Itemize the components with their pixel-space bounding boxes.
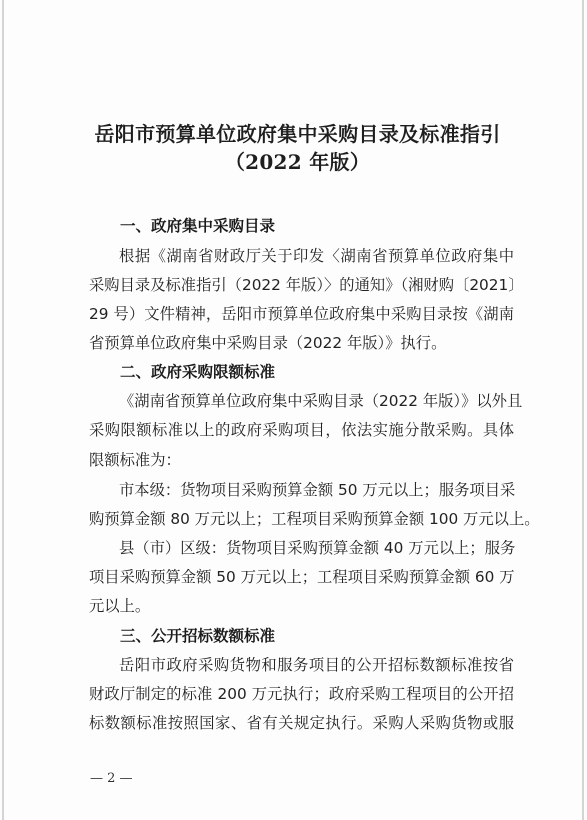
paragraph-line: 元以上。 [89,596,514,616]
document-page: 岳阳市预算单位政府集中采购目录及标准指引 （2022 年版） 一、政府集中采购目… [2,0,584,820]
paragraph-line: 标数额标准按照国家、省有关规定执行。采购人采购货物或服 [89,713,514,733]
section-heading-3: 三、公开招标数额标准 [120,626,275,646]
paragraph-line: 岳阳市政府采购货物和服务项目的公开招标数额标准按省 [119,655,514,675]
section-heading-2: 二、政府采购限额标准 [120,362,275,382]
paragraph-line: 限额标准为： [89,450,514,470]
paragraph-line: 《湖南省预算单位政府集中采购目录（2022 年版）》以外且 [119,391,514,411]
paragraph-line: 29 号）文件精神，岳阳市预算单位政府集中采购目录按《湖南 [89,304,514,324]
paragraph-line: 省预算单位政府集中采购目录（2022 年版）》执行。 [89,333,514,353]
paragraph-line: 市本级：货物项目采购预算金额 50 万元以上；服务项目采 [119,480,514,500]
page-number: — 2 — [90,771,133,786]
paragraph-line: 项目采购预算金额 50 万元以上；工程项目采购预算金额 60 万 [89,567,514,587]
paragraph-line: 采购限额标准以上的政府采购项目，依法实施分散采购。具体 [89,420,514,440]
paragraph-line: 县（市）区级：货物项目采购预算金额 40 万元以上；服务 [119,538,514,558]
document-subtitle: （2022 年版） [4,146,587,175]
paragraph-line: 购预算金额 80 万元以上；工程项目采购预算金额 100 万元以上。 [89,509,514,529]
paragraph-line: 采购目录及标准指引（2022 年版）〉的通知》（湘财购〔2021〕 [89,275,514,295]
paragraph-line: 财政厅制定的标准 200 万元执行；政府采购工程项目的公开招 [89,684,514,704]
section-heading-1: 一、政府集中采购目录 [120,216,275,236]
document-title: 岳阳市预算单位政府集中采购目录及标准指引 [4,118,587,147]
paragraph-line: 根据《湖南省财政厅关于印发〈湖南省预算单位政府集中 [119,246,514,266]
